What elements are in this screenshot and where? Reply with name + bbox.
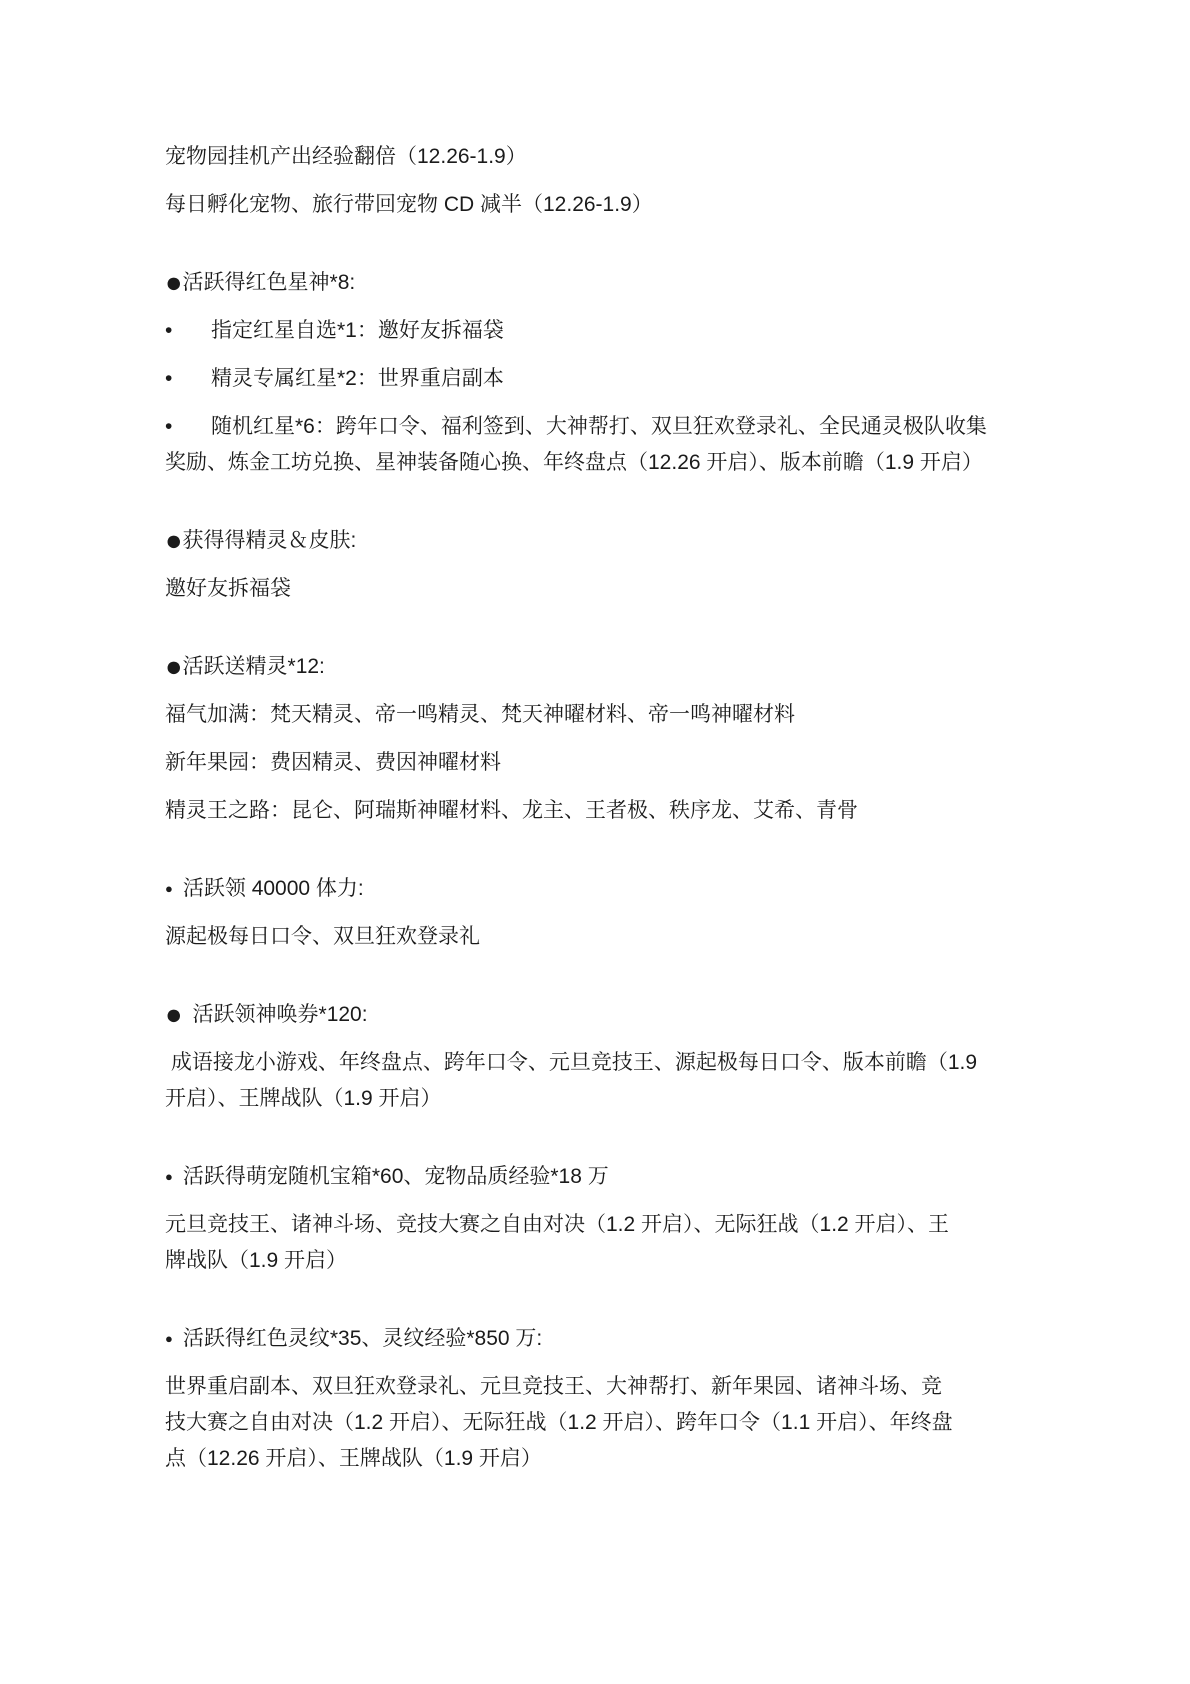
heading-text: 活跃得红色星神*8:	[183, 271, 356, 294]
bullet-icon: ●	[165, 531, 183, 552]
bullet-icon: ●	[165, 1005, 183, 1026]
paragraph: 精灵王之路：昆仑、阿瑞斯神曜材料、龙主、王者极、秩序龙、艾希、青骨	[165, 793, 1050, 829]
document-page: 宠物园挂机产出经验翻倍（12.26-1.9） 每日孵化宠物、旅行带回宠物 CD …	[0, 0, 1190, 1684]
paragraph: 源起极每日口令、双旦狂欢登录礼	[165, 919, 1050, 955]
text-line: 开启）、王牌战队（1.9 开启）	[165, 1081, 1050, 1117]
bullet-icon: ●	[165, 1166, 173, 1187]
heading-text: 活跃得红色灵纹*35、灵纹经验*850 万:	[183, 1327, 542, 1350]
heading-text: 活跃送精灵*12:	[183, 655, 325, 678]
text-line: 源起极每日口令、双旦狂欢登录礼	[165, 919, 1050, 955]
section-heading: ●获得得精灵＆皮肤:	[165, 523, 1050, 559]
text-line: 随机红星*6：跨年口令、福利签到、大神帮打、双旦狂欢登录礼、全民通灵极队收集	[211, 415, 987, 438]
list-item: •随机红星*6：跨年口令、福利签到、大神帮打、双旦狂欢登录礼、全民通灵极队收集 …	[165, 409, 1050, 481]
list-bullet-icon: •	[165, 409, 211, 445]
text-line: 牌战队（1.9 开启）	[165, 1243, 1050, 1279]
paragraph: 成语接龙小游戏、年终盘点、跨年口令、元旦竞技王、源起极每日口令、版本前瞻（1.9…	[165, 1045, 1050, 1117]
section-heading: ●活跃领神唤券*120:	[165, 997, 1050, 1033]
list-item: •指定红星自选*1：邀好友拆福袋	[165, 313, 1050, 349]
paragraph: 福气加满：梵天精灵、帝一鸣精灵、梵天神曜材料、帝一鸣神曜材料	[165, 697, 1050, 733]
paragraph: 新年果园：费因精灵、费因神曜材料	[165, 745, 1050, 781]
bullet-icon: ●	[165, 657, 183, 678]
list-item: •精灵专属红星*2：世界重启副本	[165, 361, 1050, 397]
list-bullet-icon: •	[165, 361, 211, 397]
paragraph: 每日孵化宠物、旅行带回宠物 CD 减半（12.26-1.9）	[165, 187, 1050, 223]
section-heading: ●活跃得萌宠随机宝箱*60、宠物品质经验*18 万	[165, 1159, 1050, 1195]
paragraph: 宠物园挂机产出经验翻倍（12.26-1.9）	[165, 139, 1050, 175]
heading-text: 活跃得萌宠随机宝箱*60、宠物品质经验*18 万	[183, 1165, 609, 1188]
text-line: 指定红星自选*1：邀好友拆福袋	[211, 319, 504, 342]
heading-text: 活跃领 40000 体力:	[183, 877, 364, 900]
text-line: 世界重启副本、双旦狂欢登录礼、元旦竞技王、大神帮打、新年果园、诸神斗场、竞	[165, 1369, 1050, 1405]
text-line: 邀好友拆福袋	[165, 571, 1050, 607]
section-heading: ●活跃送精灵*12:	[165, 649, 1050, 685]
section-heading: ●活跃得红色星神*8:	[165, 265, 1050, 301]
paragraph: 世界重启副本、双旦狂欢登录礼、元旦竞技王、大神帮打、新年果园、诸神斗场、竞 技大…	[165, 1369, 1050, 1477]
section-heading: ●活跃得红色灵纹*35、灵纹经验*850 万:	[165, 1321, 1050, 1357]
text-line: 元旦竞技王、诸神斗场、竞技大赛之自由对决（1.2 开启）、无际狂战（1.2 开启…	[165, 1207, 1050, 1243]
text-line: 奖励、炼金工坊兑换、星神装备随心换、年终盘点（12.26 开启）、版本前瞻（1.…	[165, 445, 1050, 481]
heading-text: 活跃领神唤券*120:	[193, 1003, 368, 1026]
bullet-icon: ●	[165, 878, 173, 899]
heading-text: 获得得精灵＆皮肤:	[183, 529, 357, 552]
section-heading: ●活跃领 40000 体力:	[165, 871, 1050, 907]
paragraph: 元旦竞技王、诸神斗场、竞技大赛之自由对决（1.2 开启）、无际狂战（1.2 开启…	[165, 1207, 1050, 1279]
text-line: 成语接龙小游戏、年终盘点、跨年口令、元旦竞技王、源起极每日口令、版本前瞻（1.9	[165, 1045, 1050, 1081]
text-line: 宠物园挂机产出经验翻倍（12.26-1.9）	[165, 139, 1050, 175]
text-line: 精灵王之路：昆仑、阿瑞斯神曜材料、龙主、王者极、秩序龙、艾希、青骨	[165, 793, 1050, 829]
text-line: 新年果园：费因精灵、费因神曜材料	[165, 745, 1050, 781]
text-line: 福气加满：梵天精灵、帝一鸣精灵、梵天神曜材料、帝一鸣神曜材料	[165, 697, 1050, 733]
text-line: 精灵专属红星*2：世界重启副本	[211, 367, 504, 390]
bullet-icon: ●	[165, 1328, 173, 1349]
text-line: 每日孵化宠物、旅行带回宠物 CD 减半（12.26-1.9）	[165, 187, 1050, 223]
bullet-icon: ●	[165, 273, 183, 294]
list-bullet-icon: •	[165, 313, 211, 349]
text-line: 点（12.26 开启）、王牌战队（1.9 开启）	[165, 1441, 1050, 1477]
text-line: 技大赛之自由对决（1.2 开启）、无际狂战（1.2 开启）、跨年口令（1.1 开…	[165, 1405, 1050, 1441]
paragraph: 邀好友拆福袋	[165, 571, 1050, 607]
